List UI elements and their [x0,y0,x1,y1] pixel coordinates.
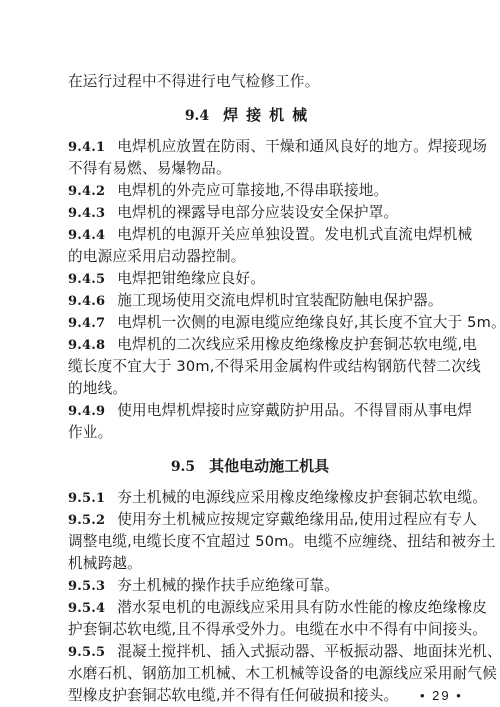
clause-9-5-1: 9.5.1夯土机械的电源线应采用橡皮绝缘橡皮护套铜芯软电缆。 [68,488,462,509]
clause-9-4-4-cont: 的电源应采用启动器控制。 [68,247,462,267]
clause-number: 9.5.1 [68,491,105,506]
section-heading-9-5: 9.5其他电动施工机具 [0,456,500,477]
clause-text: 电焊机的电源开关应单独设置。发电机式直流电焊机械 [117,226,472,243]
clause-text: 电焊机的二次线应采用橡皮绝缘橡皮护套铜芯软电缆,电 [117,336,477,353]
clause-number: 9.4.4 [68,228,105,243]
section-title: 其他电动施工机具 [209,457,329,475]
clause-9-4-8-cont-2: 的地线。 [68,379,462,399]
clause-number: 9.5.2 [68,513,105,528]
clause-9-4-9: 9.4.9使用电焊机焊接时应穿戴防护用品。不得冒雨从事电焊 [68,401,462,422]
clause-number: 9.4.9 [68,404,105,419]
clause-text: 施工现场使用交流电焊机时宜装配防触电保护器。 [117,292,442,309]
clause-9-4-1: 9.4.1电焊机应放置在防雨、干燥和通风良好的地方。焊接现场 [68,137,462,158]
clause-9-4-2: 9.4.2电焊机的外壳应可靠接地,不得串联接地。 [68,181,462,202]
clause-number: 9.4.1 [68,140,105,155]
clause-number: 9.4.6 [68,294,105,309]
clause-number: 9.5.5 [68,645,105,660]
clause-9-4-4: 9.4.4电焊机的电源开关应单独设置。发电机式直流电焊机械 [68,225,462,246]
clause-text: 电焊机应放置在防雨、干燥和通风良好的地方。焊接现场 [117,138,487,155]
section-heading-9-4: 9.4焊接机械 [0,105,500,126]
clause-9-4-8-cont-1: 缆长度不宜大于 30m,不得采用金属构件或结构钢筋代替二次线 [68,357,462,377]
clause-text: 使用电焊机焊接时应穿戴防护用品。不得冒雨从事电焊 [117,402,472,419]
clause-9-5-2-cont-2: 机械跨越。 [68,554,462,574]
clause-9-4-9-cont: 作业。 [68,423,462,443]
clause-9-4-8: 9.4.8电焊机的二次线应采用橡皮绝缘橡皮护套铜芯软电缆,电 [68,335,462,356]
continuation-text: 在运行过程中不得进行电气检修工作。 [68,72,462,92]
clause-9-5-5-cont-2: 型橡皮护套铜芯软电缆,并不得有任何破损和接头。 [68,686,462,706]
page-number: • 29 • [420,688,463,703]
clause-9-4-6: 9.4.6施工现场使用交流电焊机时宜装配防触电保护器。 [68,291,462,312]
clause-number: 9.4.3 [68,206,105,221]
clause-number: 9.4.8 [68,338,105,353]
clause-text: 夯土机械的电源线应采用橡皮绝缘橡皮护套铜芯软电缆。 [117,489,487,506]
clause-text: 混凝土搅拌机、插入式振动器、平板振动器、地面抹光机、 [117,643,500,660]
clause-9-4-1-cont: 不得有易燃、易爆物品。 [68,159,462,179]
clause-number: 9.5.3 [68,579,105,594]
clause-9-5-5-cont-1: 水磨石机、钢筋加工机械、木工机械等设备的电源线应采用耐气候 [68,664,462,684]
document-page: 在运行过程中不得进行电气检修工作。 9.4焊接机械 9.4.1电焊机应放置在防雨… [0,0,500,707]
clause-text: 使用夯土机械应按规定穿戴绝缘用品,使用过程应有专人 [117,511,477,528]
clause-9-5-4-cont: 护套铜芯软电缆,且不得承受外力。电缆在水中不得有中间接头。 [68,620,462,640]
clause-9-4-3: 9.4.3电焊机的裸露导电部分应装设安全保护罩。 [68,203,462,224]
clause-9-5-5: 9.5.5混凝土搅拌机、插入式振动器、平板振动器、地面抹光机、 [68,642,462,663]
clause-number: 9.5.4 [68,601,105,616]
clause-number: 9.4.5 [68,272,105,287]
section-number: 9.5 [171,459,195,475]
clause-number: 9.4.2 [68,184,105,199]
clause-text: 电焊机的裸露导电部分应装设安全保护罩。 [117,204,398,221]
section-title: 焊接机械 [223,106,315,124]
section-number: 9.4 [185,108,209,124]
clause-number: 9.4.7 [68,316,105,331]
clause-9-5-4: 9.5.4潜水泵电机的电源线应采用具有防水性能的橡皮绝缘橡皮 [68,598,462,619]
clause-text: 电焊机的外壳应可靠接地,不得串联接地。 [117,182,388,199]
clause-9-5-2: 9.5.2使用夯土机械应按规定穿戴绝缘用品,使用过程应有专人 [68,510,462,531]
clause-9-4-5: 9.4.5电焊把钳绝缘应良好。 [68,269,462,290]
clause-text: 电焊把钳绝缘应良好。 [117,270,265,287]
clause-text: 电焊机一次侧的电源电缆应绝缘良好,其长度不宜大于 5m。 [117,314,500,331]
clause-9-4-7: 9.4.7电焊机一次侧的电源电缆应绝缘良好,其长度不宜大于 5m。 [68,313,462,334]
clause-text: 夯土机械的操作扶手应绝缘可靠。 [117,577,339,594]
clause-9-5-3: 9.5.3夯土机械的操作扶手应绝缘可靠。 [68,576,462,597]
clause-text: 潜水泵电机的电源线应采用具有防水性能的橡皮绝缘橡皮 [117,599,487,616]
clause-9-5-2-cont-1: 调整电缆,电缆长度不宜超过 50m。电缆不应缠绕、扭结和被夯土 [68,532,462,552]
